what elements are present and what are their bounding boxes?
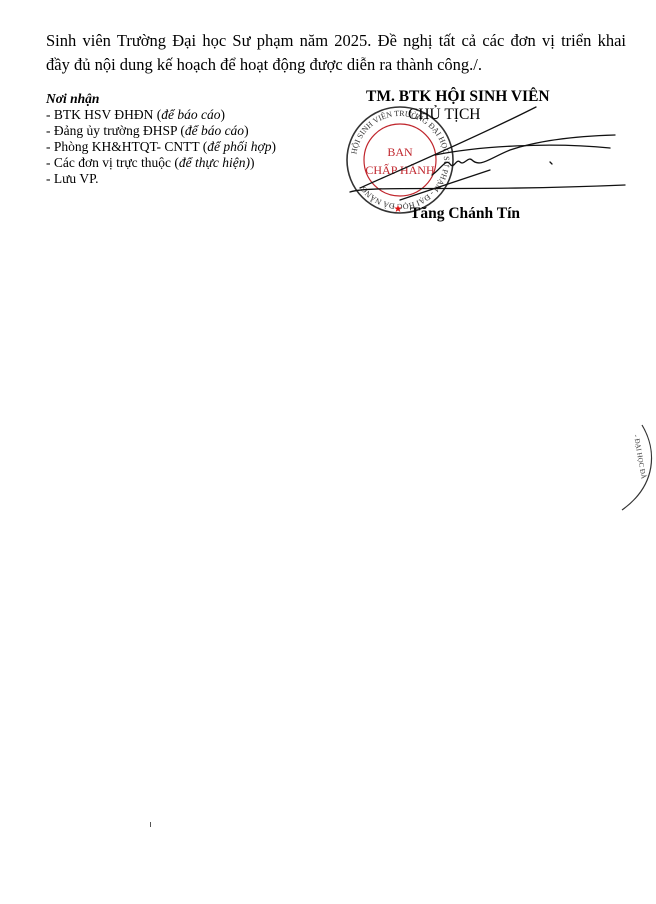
recipients-title: Nơi nhận <box>46 91 276 107</box>
recipient-item: - Đảng ủy trường ĐHSP (để báo cáo) <box>46 123 276 139</box>
recipient-item: - Lưu VP. <box>46 171 276 187</box>
body-line-1: Sinh viên Trường Đại học Sư phạm năm 202… <box>46 29 626 53</box>
partial-seal-edge: - ĐẠI HỌC ĐÀ <box>612 420 656 515</box>
body-line-2: đầy đủ nội dung kế hoạch để hoạt động đư… <box>46 53 626 77</box>
edge-seal-text: - ĐẠI HỌC ĐÀ <box>632 434 648 480</box>
recipient-item: - BTK HSV ĐHĐN (để báo cáo) <box>46 107 276 123</box>
handwritten-signature <box>340 100 630 210</box>
stray-mark <box>150 822 151 827</box>
recipient-item: - Các đơn vị trực thuộc (để thực hiện)) <box>46 155 276 171</box>
recipient-item: - Phòng KH&HTQT- CNTT (để phối hợp) <box>46 139 276 155</box>
body-paragraph: Sinh viên Trường Đại học Sư phạm năm 202… <box>46 29 626 77</box>
recipients-block: Nơi nhận - BTK HSV ĐHĐN (để báo cáo) - Đ… <box>46 91 276 187</box>
